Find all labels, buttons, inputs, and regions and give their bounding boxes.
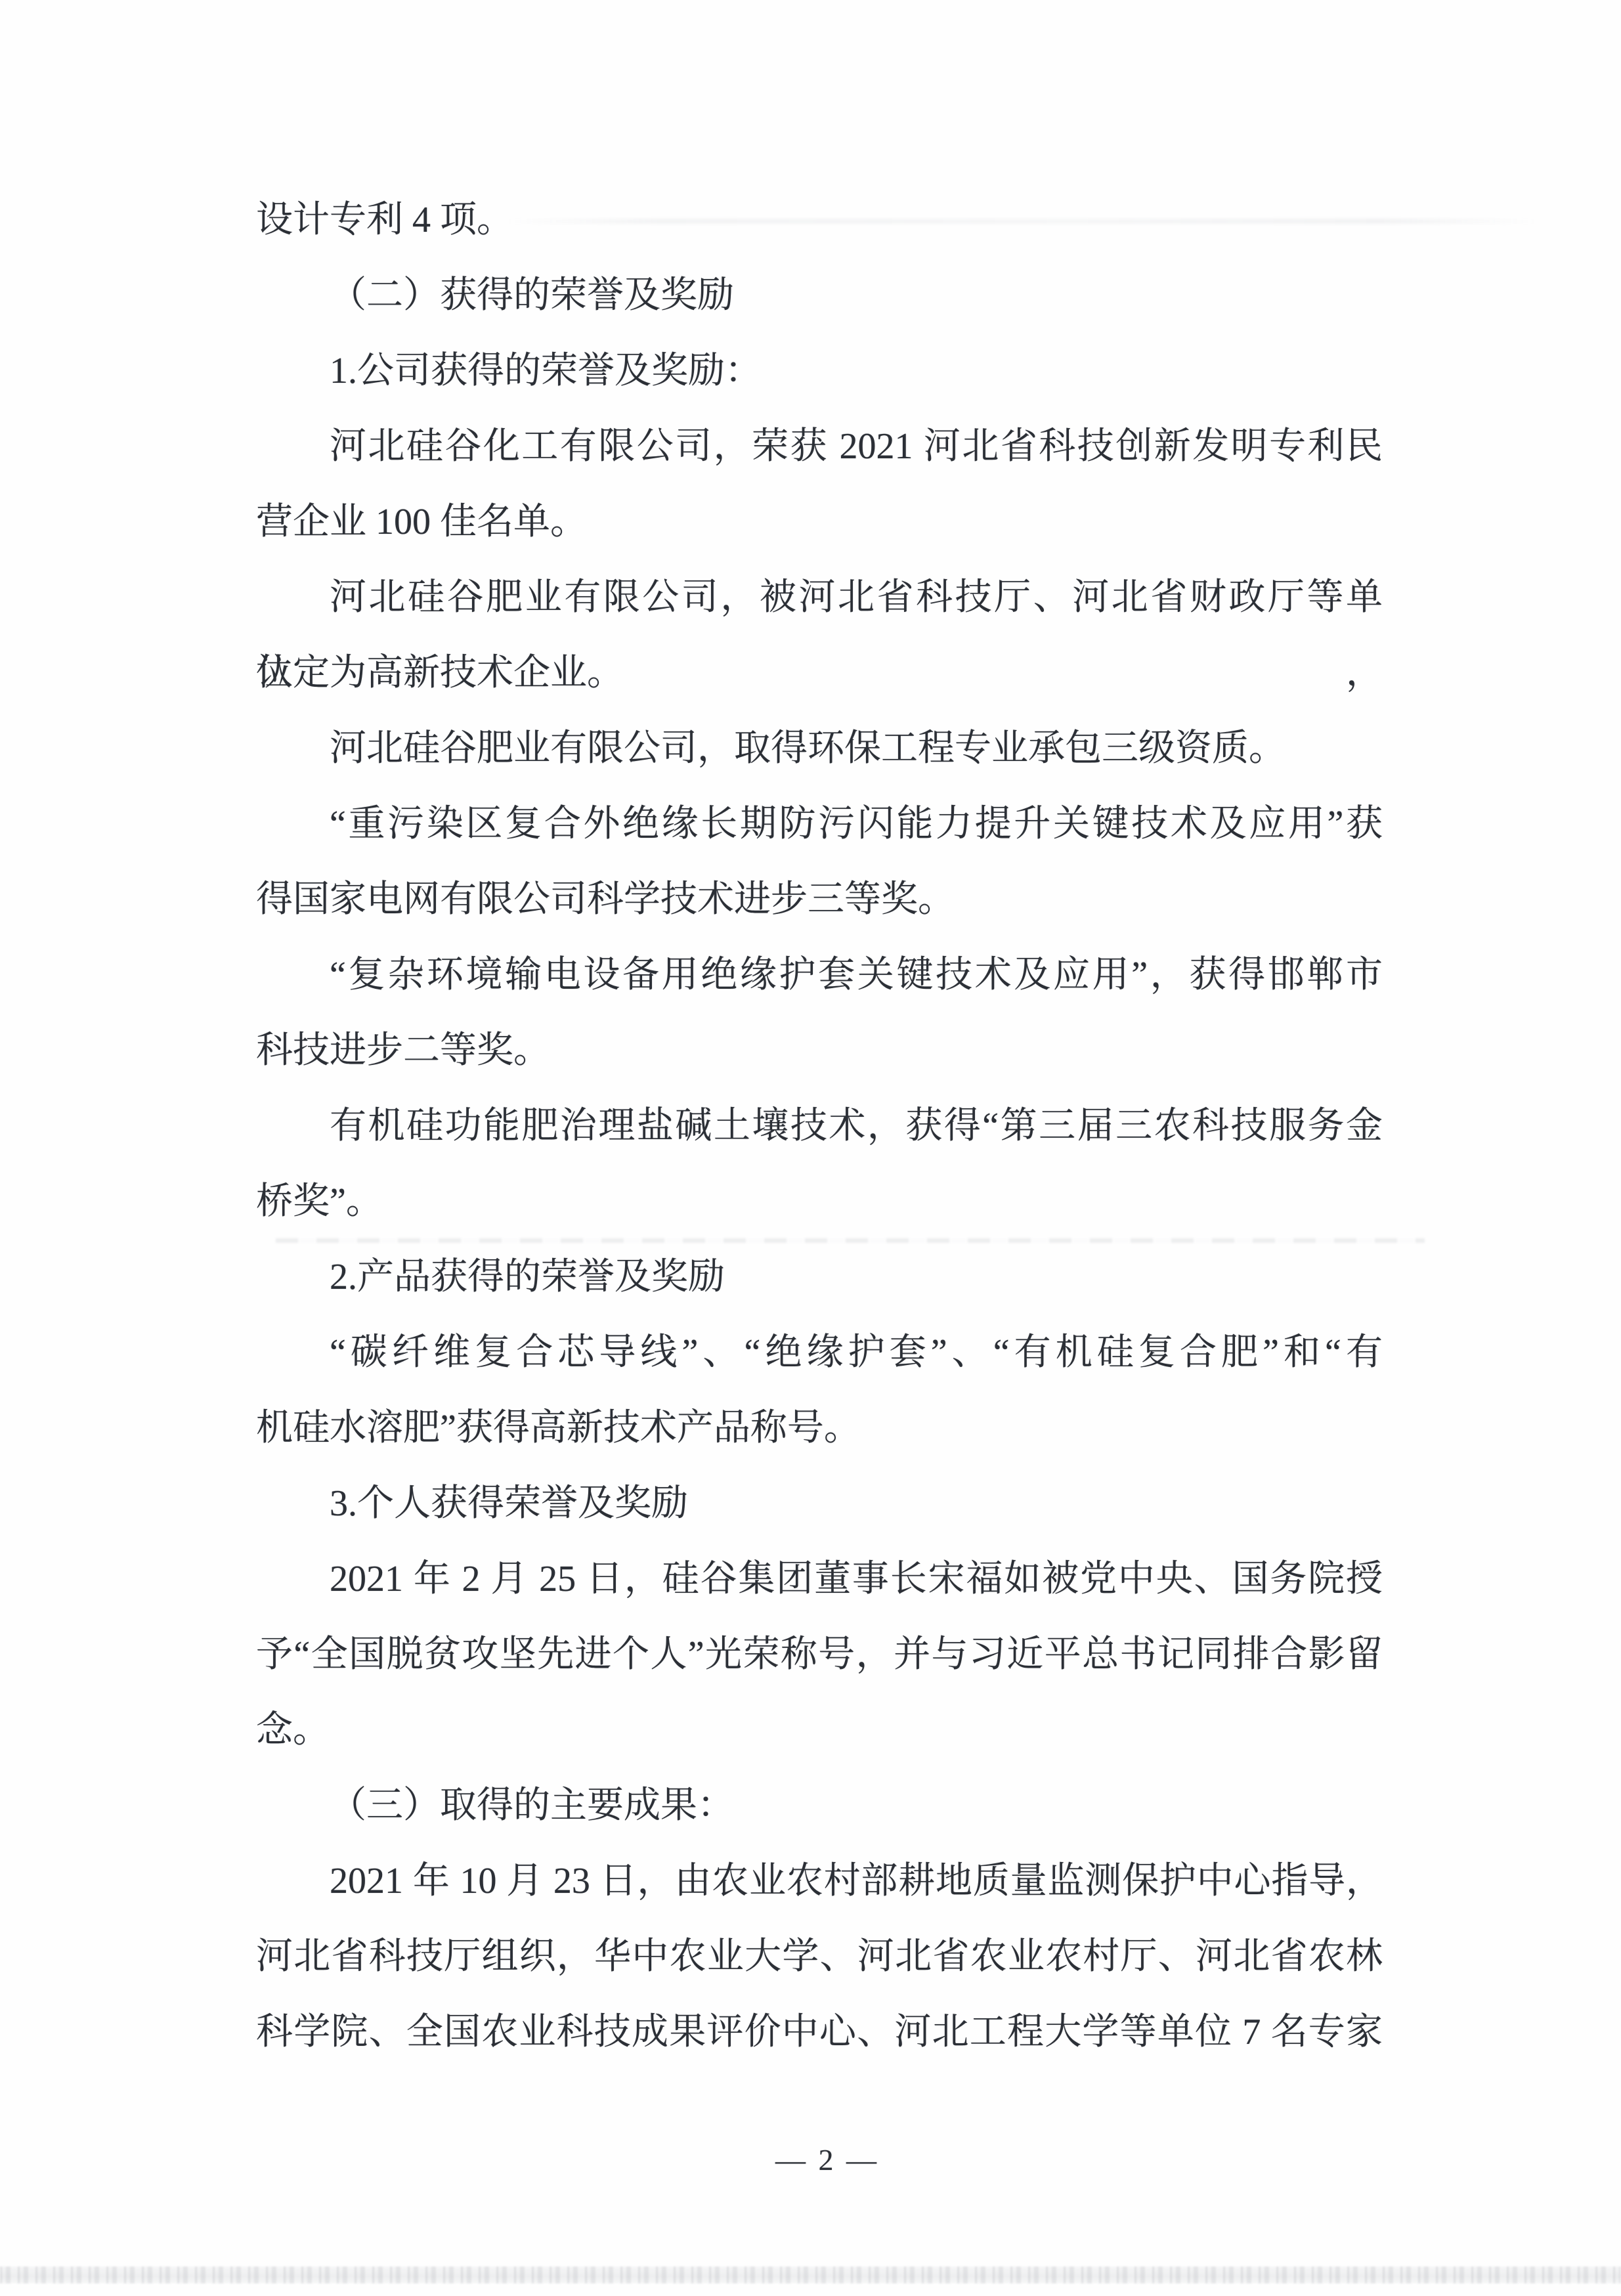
doc-line: 2021 年 10 月 23 日，由农业农村部耕地质量监测保护中心指导， xyxy=(256,1844,1383,1919)
section-heading-2: （二）获得的荣誉及奖励 xyxy=(256,258,1383,334)
doc-line: 科学院、全国农业科技成果评价中心、河北工程大学等单位 7 名专家 xyxy=(256,1995,1383,2070)
doc-line: 河北硅谷肥业有限公司，被河北省科技厅、河北省财政厅等单位， xyxy=(256,560,1383,636)
doc-line: 河北硅谷肥业有限公司，取得环保工程专业承包三级资质。 xyxy=(256,711,1383,787)
document-page: 设计专利 4 项。 （二）获得的荣誉及奖励 1.公司获得的荣誉及奖励： 河北硅谷… xyxy=(0,0,1621,2296)
doc-line: 河北省科技厅组织，华中农业大学、河北省农业农村厅、河北省农林 xyxy=(256,1919,1383,1995)
doc-line: “复杂环境输电设备用绝缘护套关键技术及应用”，获得邯郸市 xyxy=(256,938,1383,1013)
section-heading-3: （三）取得的主要成果： xyxy=(256,1768,1383,1844)
doc-line: 桥奖”。 xyxy=(256,1164,1383,1240)
doc-line: 有机硅功能肥治理盐碱土壤技术，获得“第三届三农科技服务金 xyxy=(256,1089,1383,1164)
doc-line: 得国家电网有限公司科学技术进步三等奖。 xyxy=(256,862,1383,938)
subsection-heading-2: 2.产品获得的荣誉及奖励 xyxy=(256,1240,1383,1315)
doc-line: 设计专利 4 项。 xyxy=(256,183,1383,258)
subsection-heading-3: 3.个人获得荣誉及奖励 xyxy=(256,1466,1383,1542)
document-body: 设计专利 4 项。 （二）获得的荣誉及奖励 1.公司获得的荣誉及奖励： 河北硅谷… xyxy=(256,183,1383,2070)
doc-line: 科技进步二等奖。 xyxy=(256,1013,1383,1089)
doc-line: 机硅水溶肥”获得高新技术产品称号。 xyxy=(256,1391,1383,1466)
doc-line: 予“全国脱贫攻坚先进个人”光荣称号，并与习近平总书记同排合影留 xyxy=(256,1617,1383,1693)
subsection-heading-1: 1.公司获得的荣誉及奖励： xyxy=(256,334,1383,409)
doc-line: “重污染区复合外绝缘长期防污闪能力提升关键技术及应用”获 xyxy=(256,787,1383,862)
doc-line: 河北硅谷化工有限公司，荣获 2021 河北省科技创新发明专利民 xyxy=(256,409,1383,485)
doc-line: 营企业 100 佳名单。 xyxy=(256,485,1383,560)
page-number: — 2 — xyxy=(0,2139,1621,2181)
doc-line: “碳纤维复合芯导线”、“绝缘护套”、“有机硅复合肥”和“有 xyxy=(256,1315,1383,1391)
doc-line: 念。 xyxy=(256,1693,1383,1768)
doc-line: 2021 年 2 月 25 日，硅谷集团董事长宋福如被党中央、国务院授 xyxy=(256,1542,1383,1617)
scan-artifact-bottom-band xyxy=(0,2266,1621,2284)
